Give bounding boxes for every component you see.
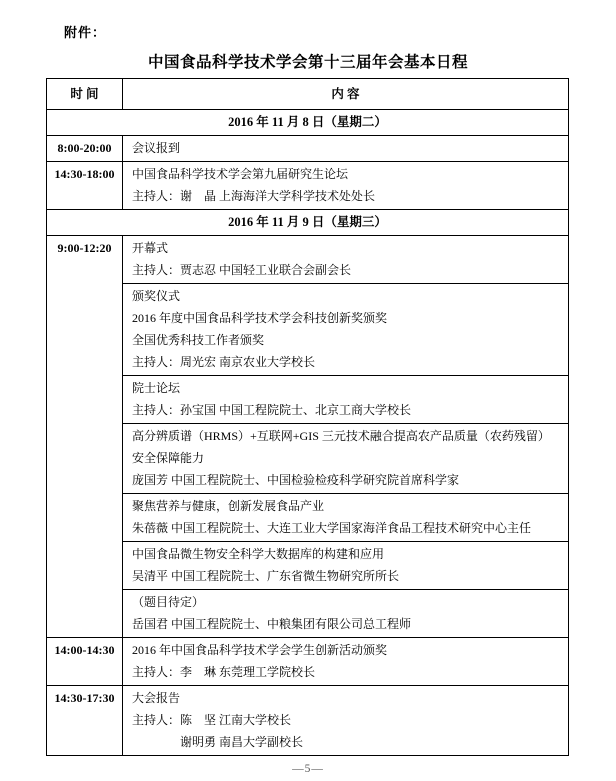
page-title: 中国食品科学技术学会第十三届年会基本日程 xyxy=(0,50,616,72)
content-cell: 颁奖仪式 2016 年度中国食品科学技术学会科技创新奖颁奖 全国优秀科技工作者颁… xyxy=(123,284,569,376)
schedule-body: 2016 年 11 月 8 日（星期二）8:00-20:00会议报到14:30-… xyxy=(47,110,569,756)
schedule-row: 14:30-17:30大会报告 主持人：陈 坚 江南大学校长 谢明勇 南昌大学副… xyxy=(47,686,569,756)
schedule-row: 8:00-20:00会议报到 xyxy=(47,136,569,162)
schedule-row: 高分辨质谱（HRMS）+互联网+GIS 三元技术融合提高农产品质量（农药残留）安… xyxy=(47,424,569,494)
date-header-row: 2016 年 11 月 9 日（星期三） xyxy=(47,210,569,236)
table-header-content: 内 容 xyxy=(123,79,569,110)
time-cell: 14:30-17:30 xyxy=(47,686,123,756)
date-header-cell: 2016 年 11 月 8 日（星期二） xyxy=(47,110,569,136)
schedule-row: 院士论坛 主持人：孙宝国 中国工程院院士、北京工商大学校长 xyxy=(47,376,569,424)
time-cell: 9:00-12:20 xyxy=(47,236,123,638)
content-cell: 2016 年中国食品科学技术学会学生创新活动颁奖 主持人：李 琳 东莞理工学院校… xyxy=(123,638,569,686)
table-header-row: 时 间 内 容 xyxy=(47,79,569,110)
time-cell: 14:30-18:00 xyxy=(47,162,123,210)
content-cell: 大会报告 主持人：陈 坚 江南大学校长 谢明勇 南昌大学副校长 xyxy=(123,686,569,756)
document-page: 附件： 中国食品科学技术学会第十三届年会基本日程 时 间 内 容 2016 年 … xyxy=(0,0,616,781)
page-number: —5— xyxy=(0,763,616,775)
table-header-time: 时 间 xyxy=(47,79,123,110)
schedule-table: 时 间 内 容 2016 年 11 月 8 日（星期二）8:00-20:00会议… xyxy=(46,78,569,756)
content-cell: （题目待定） 岳国君 中国工程院院士、中粮集团有限公司总工程师 xyxy=(123,590,569,638)
content-cell: 中国食品科学技术学会第九届研究生论坛 主持人：谢 晶 上海海洋大学科学技术处处长 xyxy=(123,162,569,210)
time-cell: 8:00-20:00 xyxy=(47,136,123,162)
schedule-row: 9:00-12:20开幕式 主持人：贾志忍 中国轻工业联合会副会长 xyxy=(47,236,569,284)
time-cell: 14:00-14:30 xyxy=(47,638,123,686)
date-header-row: 2016 年 11 月 8 日（星期二） xyxy=(47,110,569,136)
content-cell: 开幕式 主持人：贾志忍 中国轻工业联合会副会长 xyxy=(123,236,569,284)
schedule-row: （题目待定） 岳国君 中国工程院院士、中粮集团有限公司总工程师 xyxy=(47,590,569,638)
schedule-row: 14:30-18:00中国食品科学技术学会第九届研究生论坛 主持人：谢 晶 上海… xyxy=(47,162,569,210)
schedule-row: 中国食品微生物安全科学大数据库的构建和应用 吴清平 中国工程院院士、广东省微生物… xyxy=(47,542,569,590)
date-header-cell: 2016 年 11 月 9 日（星期三） xyxy=(47,210,569,236)
content-cell: 院士论坛 主持人：孙宝国 中国工程院院士、北京工商大学校长 xyxy=(123,376,569,424)
content-cell: 聚焦营养与健康，创新发展食品产业 朱蓓薇 中国工程院院士、大连工业大学国家海洋食… xyxy=(123,494,569,542)
schedule-row: 14:00-14:302016 年中国食品科学技术学会学生创新活动颁奖 主持人：… xyxy=(47,638,569,686)
content-cell: 会议报到 xyxy=(123,136,569,162)
schedule-row: 聚焦营养与健康，创新发展食品产业 朱蓓薇 中国工程院院士、大连工业大学国家海洋食… xyxy=(47,494,569,542)
attachment-label: 附件： xyxy=(64,22,106,41)
content-cell: 高分辨质谱（HRMS）+互联网+GIS 三元技术融合提高农产品质量（农药残留）安… xyxy=(123,424,569,494)
schedule-row: 颁奖仪式 2016 年度中国食品科学技术学会科技创新奖颁奖 全国优秀科技工作者颁… xyxy=(47,284,569,376)
content-cell: 中国食品微生物安全科学大数据库的构建和应用 吴清平 中国工程院院士、广东省微生物… xyxy=(123,542,569,590)
